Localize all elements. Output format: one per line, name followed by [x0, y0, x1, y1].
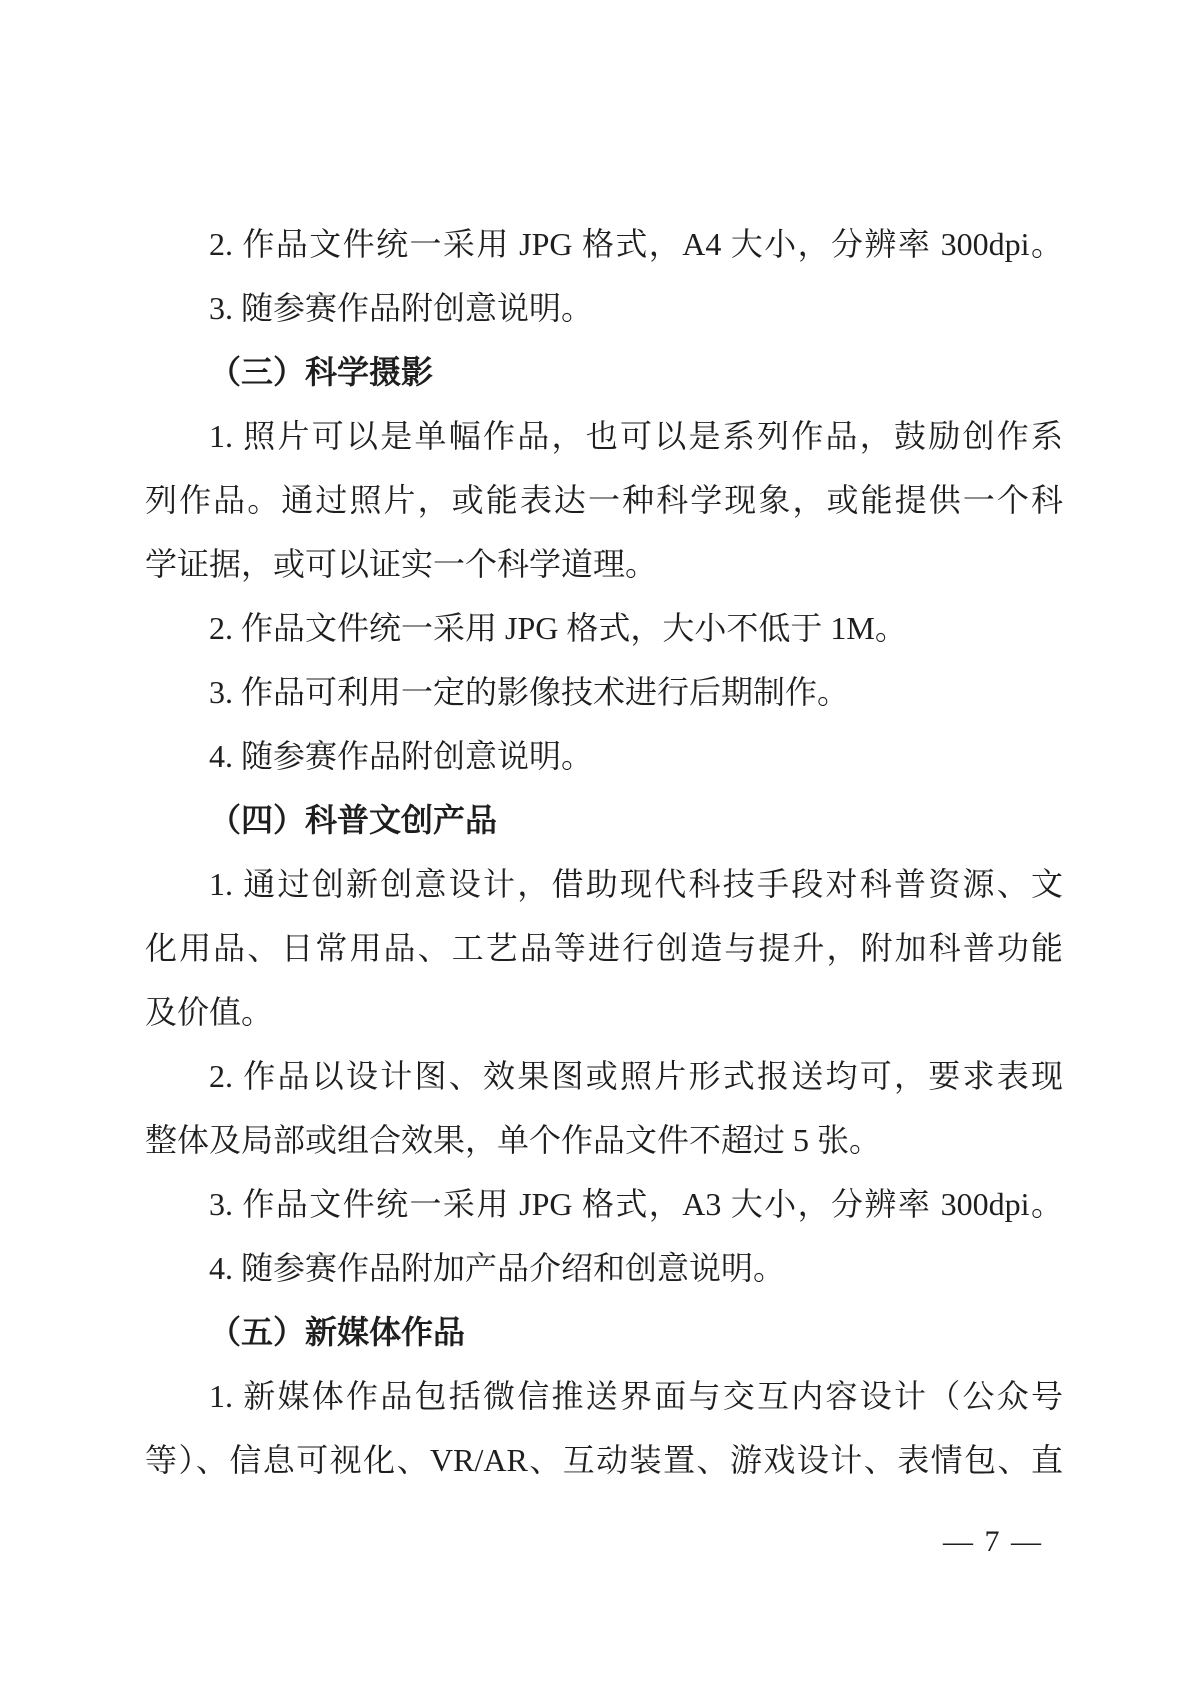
page-number: — 7 —: [943, 1522, 1043, 1562]
section-heading-5: （五）新媒体作品: [145, 1300, 1063, 1364]
paragraph-line: 列作品。通过照片，或能表达一种科学现象，或能提供一个科: [145, 468, 1063, 532]
document-page: 2. 作品文件统一采用 JPG 格式，A4 大小，分辨率 300dpi。 3. …: [0, 0, 1199, 1696]
paragraph-line: 学证据，或可以证实一个科学道理。: [145, 532, 1063, 596]
paragraph-line: 1. 通过创新创意设计，借助现代科技手段对科普资源、文: [145, 852, 1063, 916]
paragraph-line: 化用品、日常用品、工艺品等进行创造与提升，附加科普功能: [145, 916, 1063, 980]
section-heading-4: （四）科普文创产品: [145, 788, 1063, 852]
paragraph-line: 整体及局部或组合效果，单个作品文件不超过 5 张。: [145, 1108, 1063, 1172]
paragraph-line: 2. 作品以设计图、效果图或照片形式报送均可，要求表现: [145, 1044, 1063, 1108]
paragraph-line: 及价值。: [145, 980, 1063, 1044]
list-item-jpg-a4: 2. 作品文件统一采用 JPG 格式，A4 大小，分辨率 300dpi。: [145, 212, 1063, 276]
section-heading-3: （三）科学摄影: [145, 340, 1063, 404]
list-item-creative-note: 4. 随参赛作品附创意说明。: [145, 724, 1063, 788]
paragraph-line: 1. 照片可以是单幅作品，也可以是系列作品，鼓励创作系: [145, 404, 1063, 468]
list-item-postprocess: 3. 作品可利用一定的影像技术进行后期制作。: [145, 660, 1063, 724]
list-item-jpg-a3: 3. 作品文件统一采用 JPG 格式，A3 大小，分辨率 300dpi。: [145, 1172, 1063, 1236]
paragraph-line: 1. 新媒体作品包括微信推送界面与交互内容设计（公众号: [145, 1364, 1063, 1428]
document-body: 2. 作品文件统一采用 JPG 格式，A4 大小，分辨率 300dpi。 3. …: [145, 212, 1063, 1492]
list-item-jpg-1m: 2. 作品文件统一采用 JPG 格式，大小不低于 1M。: [145, 596, 1063, 660]
list-item-creative-note: 3. 随参赛作品附创意说明。: [145, 276, 1063, 340]
paragraph-line: 等）、信息可视化、VR/AR、互动装置、游戏设计、表情包、直: [145, 1428, 1063, 1492]
list-item-product-intro: 4. 随参赛作品附加产品介绍和创意说明。: [145, 1236, 1063, 1300]
